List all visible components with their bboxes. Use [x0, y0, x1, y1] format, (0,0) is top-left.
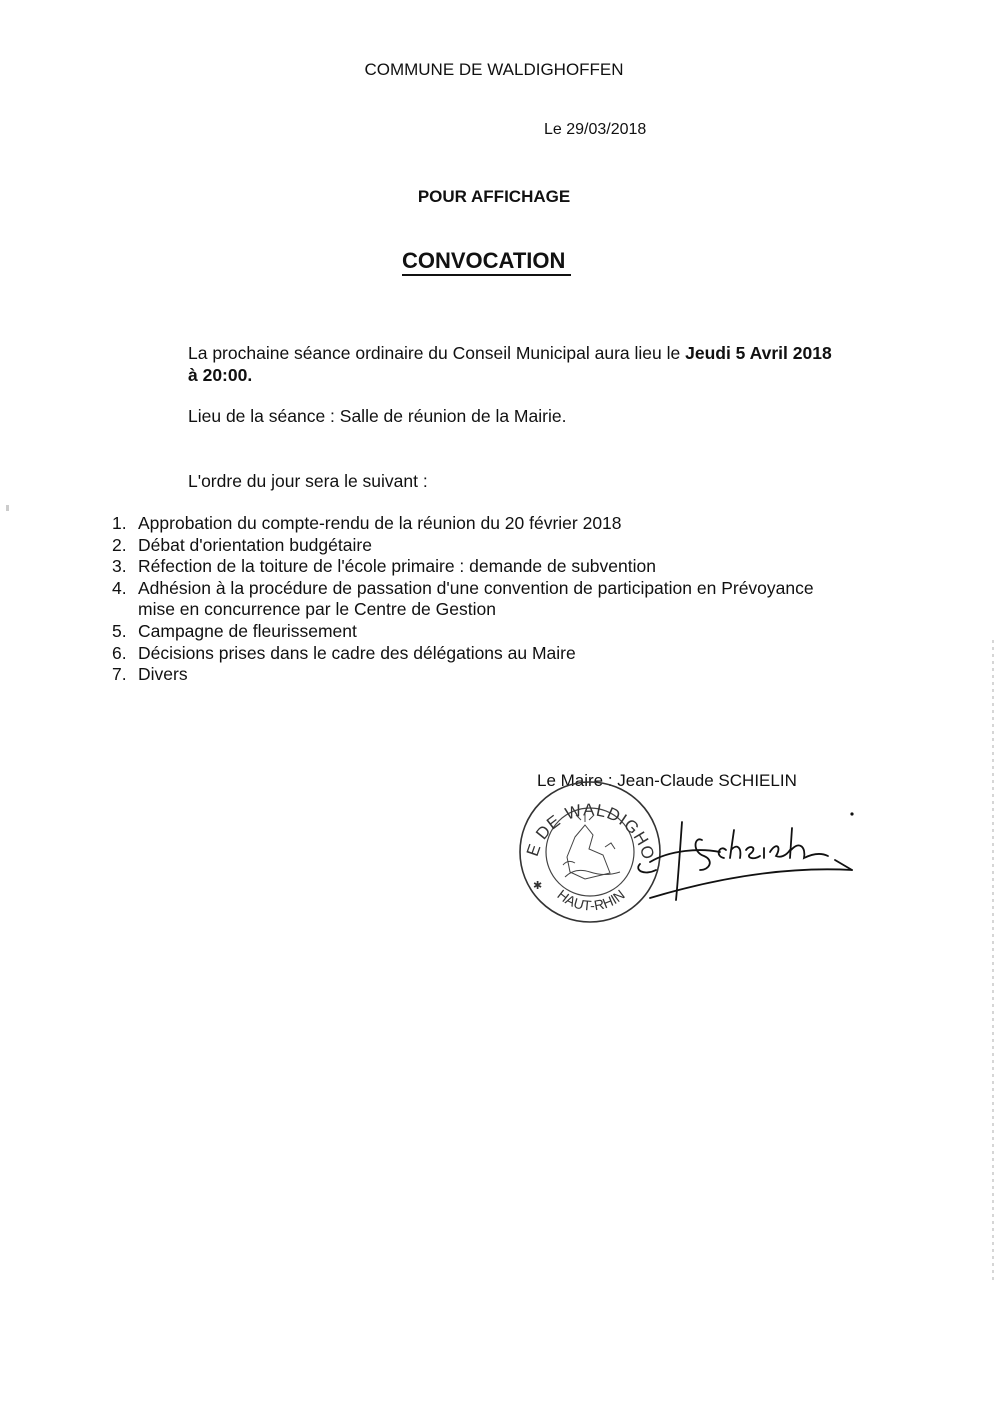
notice-type: POUR AFFICHAGE: [0, 187, 988, 207]
agenda-item: 6.Décisions prises dans le cadre des dél…: [112, 643, 814, 665]
agenda-item: 7.Divers: [112, 664, 814, 686]
agenda-item-number: 7.: [112, 664, 138, 686]
agenda-item-text: Décisions prises dans le cadre des délég…: [138, 643, 576, 665]
scan-mark: [6, 505, 9, 511]
agenda-item-number: [112, 599, 138, 621]
agenda-item-text: mise en concurrence par le Centre de Ges…: [138, 599, 496, 621]
agenda-item: 2.Débat d'orientation budgétaire: [112, 535, 814, 557]
agenda-item-text: Campagne de fleurissement: [138, 621, 357, 643]
announcement-text: La prochaine séance ordinaire du Conseil…: [188, 343, 685, 363]
agenda-item: 5.Campagne de fleurissement: [112, 621, 814, 643]
agenda-item-number: 3.: [112, 556, 138, 578]
agenda-item-text: Réfection de la toiture de l'école prima…: [138, 556, 656, 578]
document-title-text: CONVOCATION: [402, 249, 571, 276]
agenda-item-number: 6.: [112, 643, 138, 665]
agenda-intro: L'ordre du jour sera le suivant :: [188, 470, 428, 492]
handwritten-signature: [630, 800, 860, 910]
agenda-item-text: Approbation du compte-rendu de la réunio…: [138, 513, 622, 535]
agenda-item-text: Débat d'orientation budgétaire: [138, 535, 372, 557]
agenda-item-continuation: mise en concurrence par le Centre de Ges…: [112, 599, 814, 621]
agenda-item-number: 5.: [112, 621, 138, 643]
document-date: Le 29/03/2018: [544, 121, 646, 139]
meeting-location: Lieu de la séance : Salle de réunion de …: [188, 405, 566, 427]
agenda-item-text: Adhésion à la procédure de passation d'u…: [138, 578, 814, 600]
agenda-list: 1.Approbation du compte-rendu de la réun…: [112, 513, 814, 686]
commune-name: COMMUNE DE WALDIGHOFFEN: [0, 60, 988, 80]
agenda-item: 3.Réfection de la toiture de l'école pri…: [112, 556, 814, 578]
agenda-item-number: 1.: [112, 513, 138, 535]
agenda-item-text: Divers: [138, 664, 188, 686]
meeting-date: Jeudi 5 Avril 2018: [685, 343, 832, 363]
svg-text:✱: ✱: [533, 880, 542, 892]
meeting-time: à 20:00.: [188, 365, 252, 385]
agenda-item-number: 4.: [112, 578, 138, 600]
meeting-announcement: La prochaine séance ordinaire du Conseil…: [188, 342, 832, 386]
agenda-item: 1.Approbation du compte-rendu de la réun…: [112, 513, 814, 535]
scan-edge-artifact: [992, 640, 994, 1280]
document-title: CONVOCATION: [402, 248, 571, 276]
agenda-item: 4.Adhésion à la procédure de passation d…: [112, 578, 814, 600]
agenda-item-number: 2.: [112, 535, 138, 557]
